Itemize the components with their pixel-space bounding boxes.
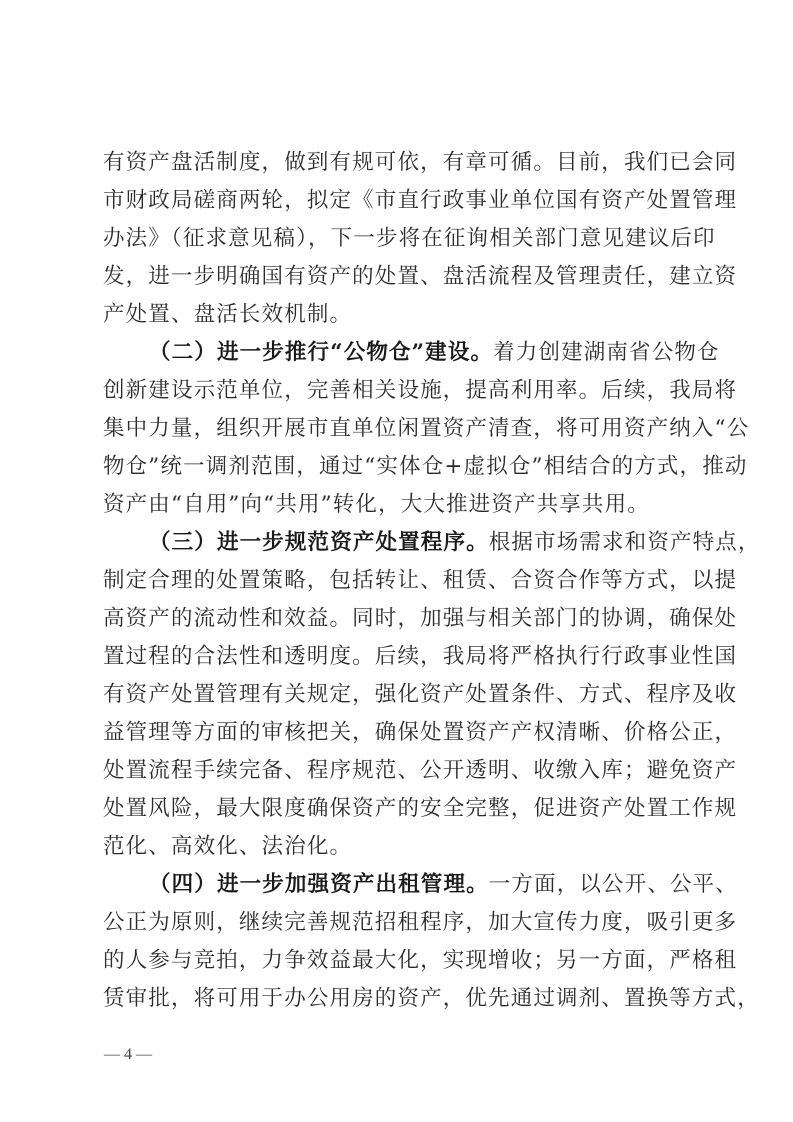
section-3-first-line: （三）进一步规范资产处置程序。根据市场需求和资产特点， — [103, 524, 695, 562]
text-line: 制定合理的处置策略，包括转让、租赁、合资合作等方式，以提 — [103, 562, 695, 600]
text-line: 处置风险，最大限度确保资产的安全完整，促进资产处置工作规 — [103, 790, 695, 828]
section-2-first-line: （二）进一步推行“公物仓”建设。着力创建湖南省公物仓 — [103, 334, 695, 372]
text-line: 市财政局磋商两轮，拟定《市直行政事业单位国有资产处置管理 — [103, 182, 695, 220]
section-4-text: 一方面，以公开、公平、 — [489, 872, 738, 897]
text-line: 有资产盘活制度，做到有规可依，有章可循。目前，我们已会同 — [103, 144, 695, 182]
text-line: 有资产处置管理有关规定，强化资产处置条件、方式、程序及收 — [103, 676, 695, 714]
document-body: 有资产盘活制度，做到有规可依，有章可循。目前，我们已会同 市财政局磋商两轮，拟定… — [103, 144, 695, 1018]
text-line: 置过程的合法性和透明度。后续，我局将严格执行行政事业性国 — [103, 638, 695, 676]
text-line: 办法》（征求意见稿），下一步将在征询相关部门意见建议后印 — [103, 220, 695, 258]
section-2-heading: （二）进一步推行“公物仓”建设。 — [149, 340, 493, 365]
text-line: 公正为原则，继续完善规范招租程序，加大宣传力度，吸引更多 — [103, 904, 695, 942]
text-line: 益管理等方面的审核把关，确保处置资产产权清晰、价格公正， — [103, 714, 695, 752]
section-2-text: 着力创建湖南省公物仓 — [493, 340, 720, 365]
text-line: 集中力量，组织开展市直单位闲置资产清查，将可用资产纳入“公 — [103, 410, 695, 448]
section-3-heading: （三）进一步规范资产处置程序。 — [149, 530, 489, 555]
document-page: 有资产盘活制度，做到有规可依，有章可循。目前，我们已会同 市财政局磋商两轮，拟定… — [0, 0, 793, 1122]
section-3-text: 根据市场需求和资产特点， — [489, 530, 761, 555]
text-line: 的人参与竞拍，力争效益最大化，实现增收；另一方面，严格租 — [103, 942, 695, 980]
text-line: 赁审批，将可用于办公用房的资产，优先通过调剂、置换等方式， — [103, 980, 695, 1018]
text-line: 产处置、盘活长效机制。 — [103, 296, 695, 334]
text-line: 处置流程手续完备、程序规范、公开透明、收缴入库；避免资产 — [103, 752, 695, 790]
text-line: 范化、高效化、法治化。 — [103, 828, 695, 866]
text-line: 发，进一步明确国有资产的处置、盘活流程及管理责任，建立资 — [103, 258, 695, 296]
text-line: 物仓”统一调剂范围，通过“实体仓+虚拟仓”相结合的方式，推动 — [103, 448, 695, 486]
text-line: 资产由“自用”向“共用”转化，大大推进资产共享共用。 — [103, 486, 695, 524]
page-number: — 4 — — [104, 1046, 152, 1064]
section-4-first-line: （四）进一步加强资产出租管理。一方面，以公开、公平、 — [103, 866, 695, 904]
section-4-heading: （四）进一步加强资产出租管理。 — [149, 872, 489, 897]
text-line: 创新建设示范单位，完善相关设施，提高利用率。后续，我局将 — [103, 372, 695, 410]
text-line: 高资产的流动性和效益。同时，加强与相关部门的协调，确保处 — [103, 600, 695, 638]
